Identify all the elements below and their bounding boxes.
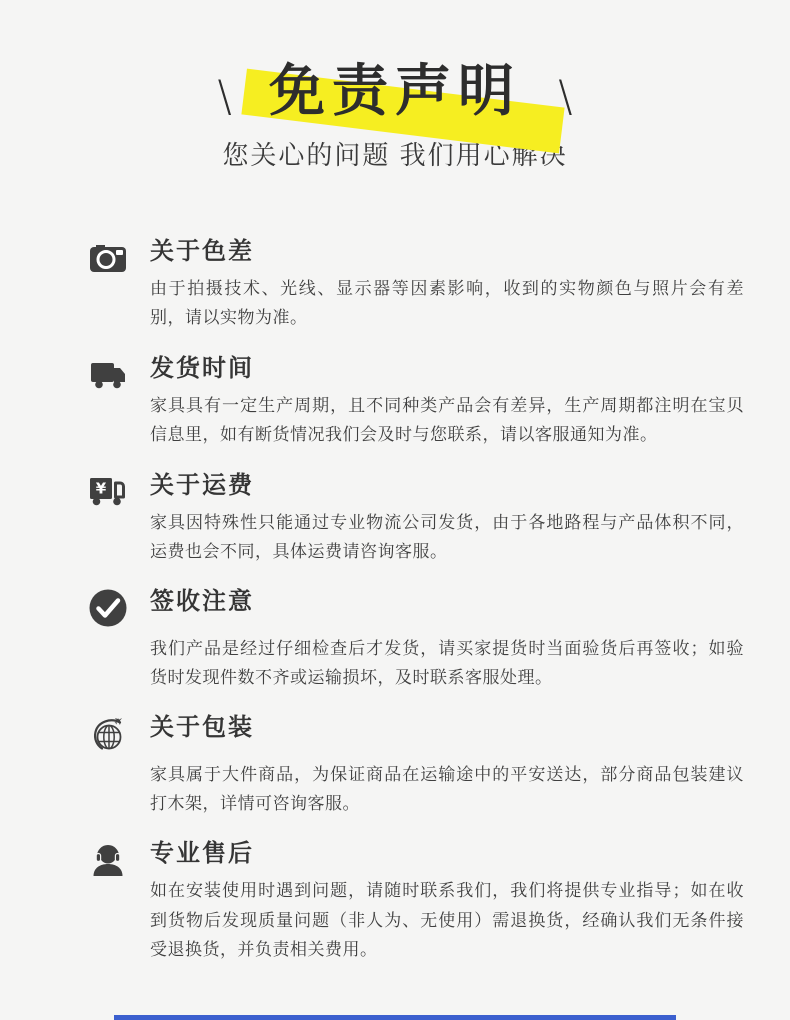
section-body: 如在安装使用时遇到问题，请随时联系我们，我们将提供专业指导；如在收到货物后发现质… [150, 876, 744, 964]
title-row: \ 免责声明 \ [0, 56, 790, 129]
section-freight-cost: ¥ 关于运费 家具因特殊性只能通过专业物流公司发货，由于各地路程与产品体积不同，… [88, 470, 744, 567]
customer-service-icon [88, 838, 128, 964]
section-color-difference: 关于色差 由于拍摄技术、光线、显示器等因素影响，收到的实物颜色与照片会有差别，请… [88, 236, 744, 333]
section-body: 家具属于大件商品，为保证商品在运输途中的平安送达，部分商品包装建议打木架，详情可… [150, 760, 744, 818]
section-body: 由于拍摄技术、光线、显示器等因素影响，收到的实物颜色与照片会有差别，请以实物为准… [150, 274, 744, 332]
camera-icon [88, 236, 128, 333]
section-title: 签收注意 [150, 586, 744, 618]
section-title: 专业售后 [150, 838, 744, 870]
section-content: 关于包装 家具属于大件商品，为保证商品在运输途中的平安送达，部分商品包装建议打木… [150, 712, 744, 818]
page-subtitle: 您关心的问题 我们用心解决 [0, 135, 790, 172]
globe-plane-icon: ✈ [88, 712, 128, 818]
check-circle-icon [88, 586, 128, 692]
section-content: 签收注意 我们产品是经过仔细检查后才发货，请买家提货时当面验货后再签收；如验货时… [150, 586, 744, 692]
section-body: 我们产品是经过仔细检查后才发货，请买家提货时当面验货后再签收；如验货时发现件数不… [150, 634, 744, 692]
freight-truck-icon: ¥ [88, 470, 128, 567]
section-content: 专业售后 如在安装使用时遇到问题，请随时联系我们，我们将提供专业指导；如在收到货… [150, 838, 744, 964]
section-body: 家具因特殊性只能通过专业物流公司发货，由于各地路程与产品体积不同，运费也会不同，… [150, 508, 744, 566]
decorative-left-slash: \ [218, 66, 231, 127]
section-title: 关于包装 [150, 712, 744, 744]
section-body: 家具具有一定生产周期，且不同种类产品会有差异，生产周期都注明在宝贝信息里，如有断… [150, 391, 744, 449]
section-sign-for-notice: 签收注意 我们产品是经过仔细检查后才发货，请买家提货时当面验货后再签收；如验货时… [88, 586, 744, 692]
truck-icon [88, 353, 128, 450]
section-after-sales: 专业售后 如在安装使用时遇到问题，请随时联系我们，我们将提供专业指导；如在收到货… [88, 838, 744, 964]
section-content: 关于运费 家具因特殊性只能通过专业物流公司发货，由于各地路程与产品体积不同，运费… [150, 470, 744, 567]
disclaimer-header: \ 免责声明 \ 您关心的问题 我们用心解决 [0, 0, 790, 172]
section-title: 发货时间 [150, 353, 744, 385]
section-shipping-time: 发货时间 家具具有一定生产周期，且不同种类产品会有差异，生产周期都注明在宝贝信息… [88, 353, 744, 450]
section-title: 关于色差 [150, 236, 744, 268]
title-wrap: 免责声明 [261, 56, 529, 129]
footer-accent-bar [114, 1015, 676, 1020]
page-title: 免责声明 [269, 61, 521, 123]
decorative-right-slash: \ [559, 66, 572, 127]
section-content: 关于色差 由于拍摄技术、光线、显示器等因素影响，收到的实物颜色与照片会有差别，请… [150, 236, 744, 333]
svg-text:¥: ¥ [96, 479, 107, 497]
disclaimer-sections: 关于色差 由于拍摄技术、光线、显示器等因素影响，收到的实物颜色与照片会有差别，请… [0, 172, 790, 964]
section-packaging: ✈ 关于包装 家具属于大件商品，为保证商品在运输途中的平安送达，部分商品包装建议… [88, 712, 744, 818]
section-content: 发货时间 家具具有一定生产周期，且不同种类产品会有差异，生产周期都注明在宝贝信息… [150, 353, 744, 450]
section-title: 关于运费 [150, 470, 744, 502]
